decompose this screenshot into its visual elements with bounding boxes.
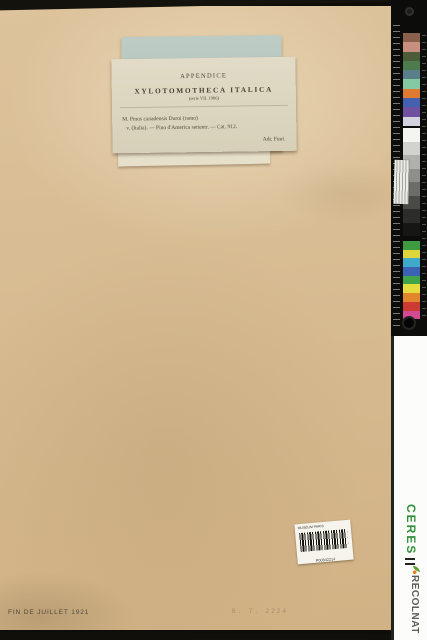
faint-annotation: B. 7. 2224 (232, 608, 288, 615)
registration-dot-icon (404, 318, 414, 328)
recolnat-logo: RECOLNAT (409, 565, 421, 634)
color-patch (403, 142, 420, 156)
ceres-logo: CERES (404, 504, 418, 565)
color-patch (403, 241, 420, 250)
color-patch (403, 293, 420, 302)
color-patch (403, 79, 420, 88)
chart-sticker (393, 160, 409, 204)
recolnat-logo-text: RECOLNAT (410, 575, 421, 634)
color-patch (403, 267, 420, 276)
color-patch (403, 98, 420, 107)
specimen-scan: APPENDICE XYLOTOMOTHECA ITALICA (serie V… (0, 0, 427, 640)
color-patch (403, 89, 420, 98)
color-patch (403, 33, 420, 42)
barcode-sticker: MUSÉUM PARIS P00842214 (294, 520, 353, 565)
ceres-logo-text: CERES (404, 504, 418, 555)
date-stamp: FIN DE JUILLET 1921 (8, 608, 89, 616)
registration-dot-icon (405, 7, 414, 16)
note-text: v. (Italia). — Pino d'America settentr. … (126, 123, 310, 132)
color-patch-column-bottom (403, 241, 420, 319)
collector-signature: Adr. Fiori (100, 133, 284, 148)
color-patch (403, 284, 420, 293)
ceres-bar-icon (405, 558, 415, 560)
color-patch (403, 107, 420, 116)
specimen-label: APPENDICE XYLOTOMOTHECA ITALICA (serie V… (111, 57, 296, 154)
label-header-text: APPENDICE (93, 71, 314, 81)
collector-signature-text: Adr. Fiori (100, 136, 284, 145)
color-patch (403, 42, 420, 51)
color-patch (403, 70, 420, 79)
series-detail: (serie VII. 1906) (112, 92, 296, 106)
color-patch (403, 61, 420, 70)
color-patch (403, 128, 420, 142)
color-patch (403, 302, 420, 311)
color-patch (403, 209, 420, 223)
color-calibration-chart (391, 0, 427, 336)
label-divider (120, 105, 288, 108)
color-patch-column-top (403, 33, 420, 126)
color-patch (403, 117, 420, 126)
series-detail-text: (serie VII. 1906) (121, 95, 287, 102)
color-patch (403, 258, 420, 267)
leaf-icon (409, 565, 421, 574)
color-patch (403, 223, 420, 237)
color-patch (403, 276, 420, 285)
color-patch (403, 250, 420, 259)
barcode-icon (299, 529, 348, 552)
color-patch (403, 52, 420, 61)
